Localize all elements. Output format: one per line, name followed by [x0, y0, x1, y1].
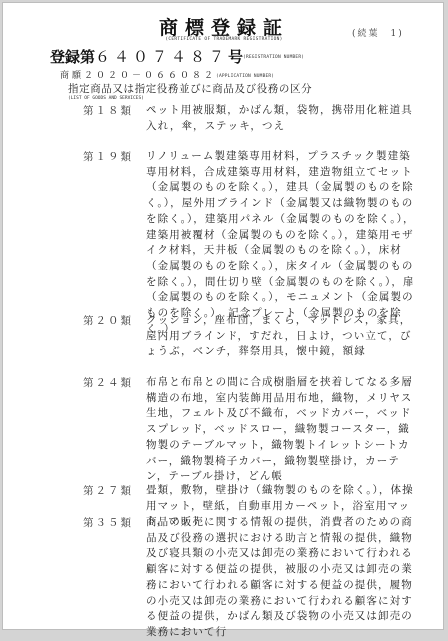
continuation-page-label: (続葉 1) — [352, 26, 404, 39]
registration-suffix: 号 — [228, 48, 243, 66]
registration-number: ６４０７４８７ — [95, 48, 228, 66]
class-label: 第３５類 — [83, 515, 133, 530]
application-number-line: 商願２０２０－０６６０８２(APPLICATION NUMBER) — [60, 68, 274, 81]
application-number-english: (APPLICATION NUMBER) — [216, 74, 274, 79]
class-label: 第１９類 — [83, 149, 133, 164]
class-goods-text: 商品の販売に関する情報の提供，消費者のための商品及び役務の選択における助言と情報… — [146, 515, 416, 634]
goods-services-heading: 指定商品又は指定役務並びに商品及び役務の区分 — [68, 81, 312, 96]
class-goods-text: 布帛と布帛との間に合成樹脂層を挟着してなる多層構造の布地，室内装飾用品用布地，織… — [146, 375, 416, 485]
registration-number-line: 登録第６４０７４８７号(REGISTRATION NUMBER) — [50, 46, 304, 67]
class-label: 第２７類 — [83, 483, 133, 498]
application-number: ２０２０－０６６０８２ — [84, 71, 216, 81]
class-label: 第２０類 — [83, 313, 133, 328]
class-goods-text: ペット用被服類，かばん類，袋物，携帯用化粧道具入れ，傘，ステッキ，つえ — [146, 103, 416, 134]
registration-number-english: (REGISTRATION NUMBER) — [243, 55, 304, 60]
registration-prefix: 登録第 — [50, 48, 95, 66]
class-label: 第１８類 — [83, 103, 133, 118]
class-goods-text: クッション，座布団，まくら，マットレス，家具，屋内用ブラインド，すだれ，日よけ，… — [146, 313, 416, 360]
application-prefix: 商願 — [60, 71, 84, 81]
goods-services-heading-english: (LIST OF GOODS AND SERVICES) — [68, 96, 144, 101]
class-goods-text: リノリューム製建築専用材料，プラスチック製建築専用材料，合成建築専用材料，建造物… — [146, 149, 416, 337]
class-label: 第２４類 — [83, 375, 133, 390]
